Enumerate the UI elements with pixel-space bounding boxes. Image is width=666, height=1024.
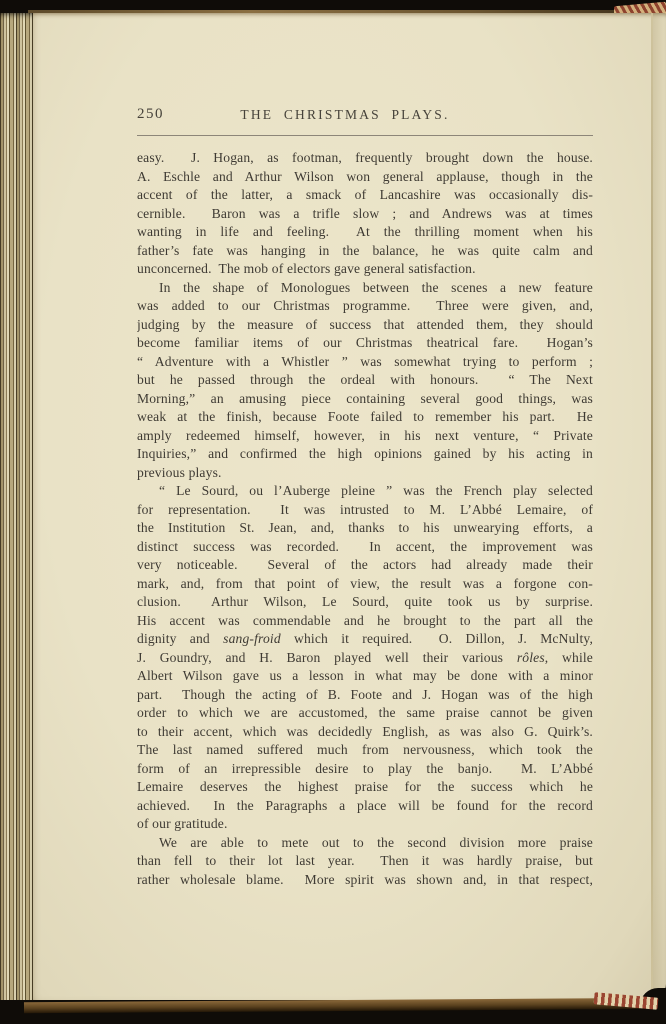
text-line: distinct success was recorded. In accent… [137, 538, 593, 557]
text-run: to their accent, which was decidedly Eng… [137, 724, 593, 739]
text-run: was added to our Christmas programme. Th… [137, 298, 593, 313]
running-title: THE CHRISTMAS PLAYS. [137, 107, 553, 123]
text-run: Inquiries,” and confirmed the high opini… [137, 446, 593, 461]
text-run: form of an irrepressible desire to play … [137, 761, 593, 776]
text-run: of our gratitude. [137, 816, 228, 831]
header-rule [137, 135, 593, 136]
type-area: 250 THE CHRISTMAS PLAYS. easy. J. Hogan,… [137, 104, 593, 889]
text-line: wanting in life and feeling. At the thri… [137, 223, 593, 242]
text-run: father’s fate was hanging in the balance… [137, 243, 593, 258]
text-run: the Institution St. Jean, and, thanks to… [137, 520, 593, 535]
text-line: very noticeable. Several of the actors h… [137, 556, 593, 575]
text-line: mark, and, from that point of view, the … [137, 575, 593, 594]
text-run: achieved. In the Paragraphs a place will… [137, 798, 593, 813]
text-line: clusion. Arthur Wilson, Le Sourd, quite … [137, 593, 593, 612]
text-line: dignity and sang-froid which it required… [137, 630, 593, 649]
text-run: “ Adventure with a Whistler ” was somewh… [137, 354, 593, 369]
text-run: Morning,” an amusing piece containing se… [137, 391, 593, 406]
text-line: His accent was commendable and he brough… [137, 612, 593, 631]
text-line: of our gratitude. [137, 815, 593, 834]
text-run: In the shape of Monologues between the s… [159, 280, 593, 295]
text-line: The last named suffered much from nervou… [137, 741, 593, 760]
text-line: for representation. It was intrusted to … [137, 501, 593, 520]
text-line: was added to our Christmas programme. Th… [137, 297, 593, 316]
text-line: form of an irrepressible desire to play … [137, 760, 593, 779]
text-line: than fell to their lot last year. Then i… [137, 852, 593, 871]
text-run: previous plays. [137, 465, 222, 480]
page-edges-stack [0, 13, 33, 1006]
text-line: the Institution St. Jean, and, thanks to… [137, 519, 593, 538]
text-run: wanting in life and feeling. At the thri… [137, 224, 593, 239]
text-line: In the shape of Monologues between the s… [137, 279, 593, 298]
text-line: Lemaire deserves the highest praise for … [137, 778, 593, 797]
text-line: but he passed through the ordeal with ho… [137, 371, 593, 390]
text-line: “ Le Sourd, ou l’Auberge pleine ” was th… [137, 482, 593, 501]
text-run: but he passed through the ordeal with ho… [137, 372, 593, 387]
text-line: order to which we are accustomed, the sa… [137, 704, 593, 723]
text-run: part. Though the acting of B. Foote and … [137, 687, 593, 702]
text-line: judging by the measure of success that a… [137, 316, 593, 335]
text-run: than fell to their lot last year. Then i… [137, 853, 593, 868]
text-line: to their accent, which was decidedly Eng… [137, 723, 593, 742]
text-line: Albert Wilson gave us a lesson in what m… [137, 667, 593, 686]
text-line: easy. J. Hogan, as footman, frequently b… [137, 149, 593, 168]
text-run: The last named suffered much from nervou… [137, 742, 593, 757]
text-line: weak at the finish, because Foote failed… [137, 408, 593, 427]
text-line: previous plays. [137, 464, 593, 483]
text-line: accent of the latter, a smack of Lancash… [137, 186, 593, 205]
text-line: Morning,” an amusing piece containing se… [137, 390, 593, 409]
text-line: part. Though the acting of B. Foote and … [137, 686, 593, 705]
text-run: “ Le Sourd, ou l’Auberge pleine ” was th… [159, 483, 593, 498]
page-right-shade [653, 13, 666, 1000]
text-run: order to which we are accustomed, the sa… [137, 705, 593, 720]
italic-text-run: sang-froid [223, 631, 281, 646]
text-run: easy. J. Hogan, as footman, frequently b… [137, 150, 593, 165]
text-run: Albert Wilson gave us a lesson in what m… [137, 668, 593, 683]
book-scan: 250 THE CHRISTMAS PLAYS. easy. J. Hogan,… [0, 0, 666, 1024]
text-line: achieved. In the Paragraphs a place will… [137, 797, 593, 816]
text-run: for representation. It was intrusted to … [137, 502, 593, 517]
page-header: 250 THE CHRISTMAS PLAYS. [137, 104, 593, 128]
text-run: rather wholesale blame. More spirit was … [137, 872, 593, 887]
text-line: unconcerned. The mob of electors gave ge… [137, 260, 593, 279]
text-run: clusion. Arthur Wilson, Le Sourd, quite … [137, 594, 593, 609]
text-run: J. Goundry, and H. Baron played well the… [137, 650, 517, 665]
text-run: cernible. Baron was a trifle slow ; and … [137, 206, 593, 221]
text-line: become familiar items of our Christmas t… [137, 334, 593, 353]
text-run: very noticeable. Several of the actors h… [137, 557, 593, 572]
text-line: cernible. Baron was a trifle slow ; and … [137, 205, 593, 224]
text-run: distinct success was recorded. In accent… [137, 539, 593, 554]
text-line: Inquiries,” and confirmed the high opini… [137, 445, 593, 464]
text-run: , while [545, 650, 593, 665]
text-line: We are able to mete out to the second di… [137, 834, 593, 853]
text-run: which it required. O. Dillon, J. McNulty… [281, 631, 593, 646]
text-line: A. Eschle and Arthur Wilson won general … [137, 168, 593, 187]
text-run: accent of the latter, a smack of Lancash… [137, 187, 593, 202]
text-run: His accent was commendable and he brough… [137, 613, 593, 628]
text-line: rather wholesale blame. More spirit was … [137, 871, 593, 890]
text-line: amply redeemed himself, however, in his … [137, 427, 593, 446]
text-run: dignity and [137, 631, 223, 646]
text-run: unconcerned. The mob of electors gave ge… [137, 261, 476, 276]
text-line: J. Goundry, and H. Baron played well the… [137, 649, 593, 668]
text-run: Lemaire deserves the highest praise for … [137, 779, 593, 794]
text-run: We are able to mete out to the second di… [159, 835, 593, 850]
italic-text-run: rôles [517, 650, 545, 665]
text-run: judging by the measure of success that a… [137, 317, 593, 332]
text-run: amply redeemed himself, however, in his … [137, 428, 593, 443]
text-block-body: easy. J. Hogan, as footman, frequently b… [137, 149, 593, 889]
text-line: father’s fate was hanging in the balance… [137, 242, 593, 261]
text-run: weak at the finish, because Foote failed… [137, 409, 593, 424]
text-run: mark, and, from that point of view, the … [137, 576, 593, 591]
text-run: A. Eschle and Arthur Wilson won general … [137, 169, 593, 184]
text-line: “ Adventure with a Whistler ” was somewh… [137, 353, 593, 372]
text-run: become familiar items of our Christmas t… [137, 335, 593, 350]
